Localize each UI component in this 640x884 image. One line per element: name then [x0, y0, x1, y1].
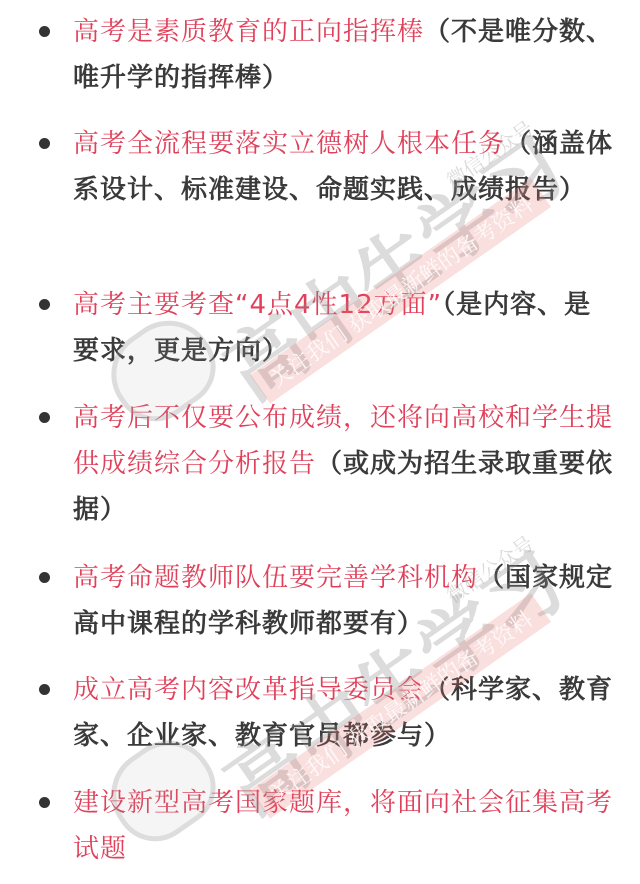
list-item: 建设新型高考国家题库，将面向社会征集高考试题: [73, 780, 618, 872]
item-highlight: 建设新型高考国家题库，将面向社会征集高考试题: [73, 788, 613, 864]
bullet-icon: [39, 684, 50, 695]
list-item: 高考后不仅要公布成绩，还将向高校和学生提供成绩综合分析报告（或成为招生录取重要依…: [73, 395, 618, 533]
bullet-icon: [39, 797, 50, 808]
item-highlight: 高考命题教师队伍要完善学科机构: [73, 563, 478, 593]
list-item: 高考是素质教育的正向指挥棒（不是唯分数、唯升学的指挥棒）: [73, 9, 618, 101]
item-highlight: 成立高考内容改革指导委员会: [73, 675, 424, 705]
bullet-icon: [39, 412, 50, 423]
bullet-icon: [39, 299, 50, 310]
list-item: 成立高考内容改革指导委员会（科学家、教育家、企业家、教育官员都参与）: [73, 667, 618, 759]
bullet-icon: [39, 26, 50, 37]
bullet-icon: [39, 138, 50, 149]
list-item: 高考主要考查“4点4性12方面”（是内容、是要求，更是方向）: [73, 282, 618, 374]
item-highlight: 高考主要考查“4点4性12方面”: [73, 290, 442, 320]
item-highlight: 高考全流程要落实立德树人根本任务: [73, 129, 505, 159]
item-highlight: 高考是素质教育的正向指挥棒: [73, 17, 424, 47]
bullet-icon: [39, 572, 50, 583]
list-item: 高考全流程要落实立德树人根本任务（涵盖体系设计、标准建设、命题实践、成绩报告）: [73, 121, 618, 213]
list-item: 高考命题教师队伍要完善学科机构（国家规定高中课程的学科教师都要有）: [73, 555, 618, 647]
